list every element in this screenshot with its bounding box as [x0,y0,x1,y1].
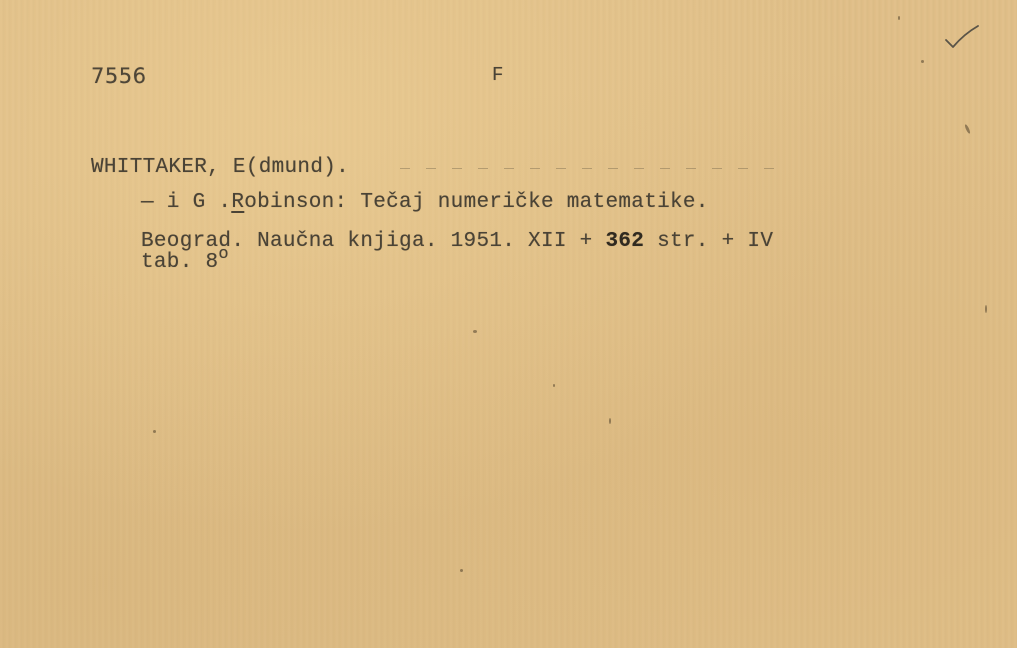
title-text: obinson: Tečaj numeričke matematike. [244,191,708,214]
coauthor-prefix: i G . [154,191,231,214]
author-heading: WHITTAKER, E(dmund). [91,157,349,178]
paper-speck [553,384,555,387]
paper-speck [964,124,971,134]
format-line: tab. 8o [141,252,229,273]
accession-number: 7556 [91,66,146,87]
catalog-card: 7556 F WHITTAKER, E(dmund). — i G .Robin… [0,0,1017,648]
paper-speck [473,330,477,333]
paper-speck [985,305,987,313]
paper-speck [898,16,900,20]
title-line: — i G .Robinson: Tečaj numeričke matemat… [141,192,709,213]
format-superscript: o [218,245,229,264]
imprint-line: Beograd. Naučna knjiga. 1951. XII + 362 … [141,231,773,252]
paper-speck [460,569,463,572]
paper-speck [609,418,611,424]
dashed-rule [400,168,780,169]
paper-speck [921,60,924,63]
imprint-tail: str. + IV [644,230,773,253]
imprint-text: Beograd. Naučna knjiga. 1951. XII + [141,230,605,253]
coauthor-initial: R [231,191,244,214]
page-count: 362 [605,230,644,253]
shelf-mark: F [492,66,504,85]
em-dash: — [141,191,154,214]
paper-speck [153,430,156,433]
format-text: tab. 8 [141,251,218,274]
check-mark-icon [944,24,980,50]
